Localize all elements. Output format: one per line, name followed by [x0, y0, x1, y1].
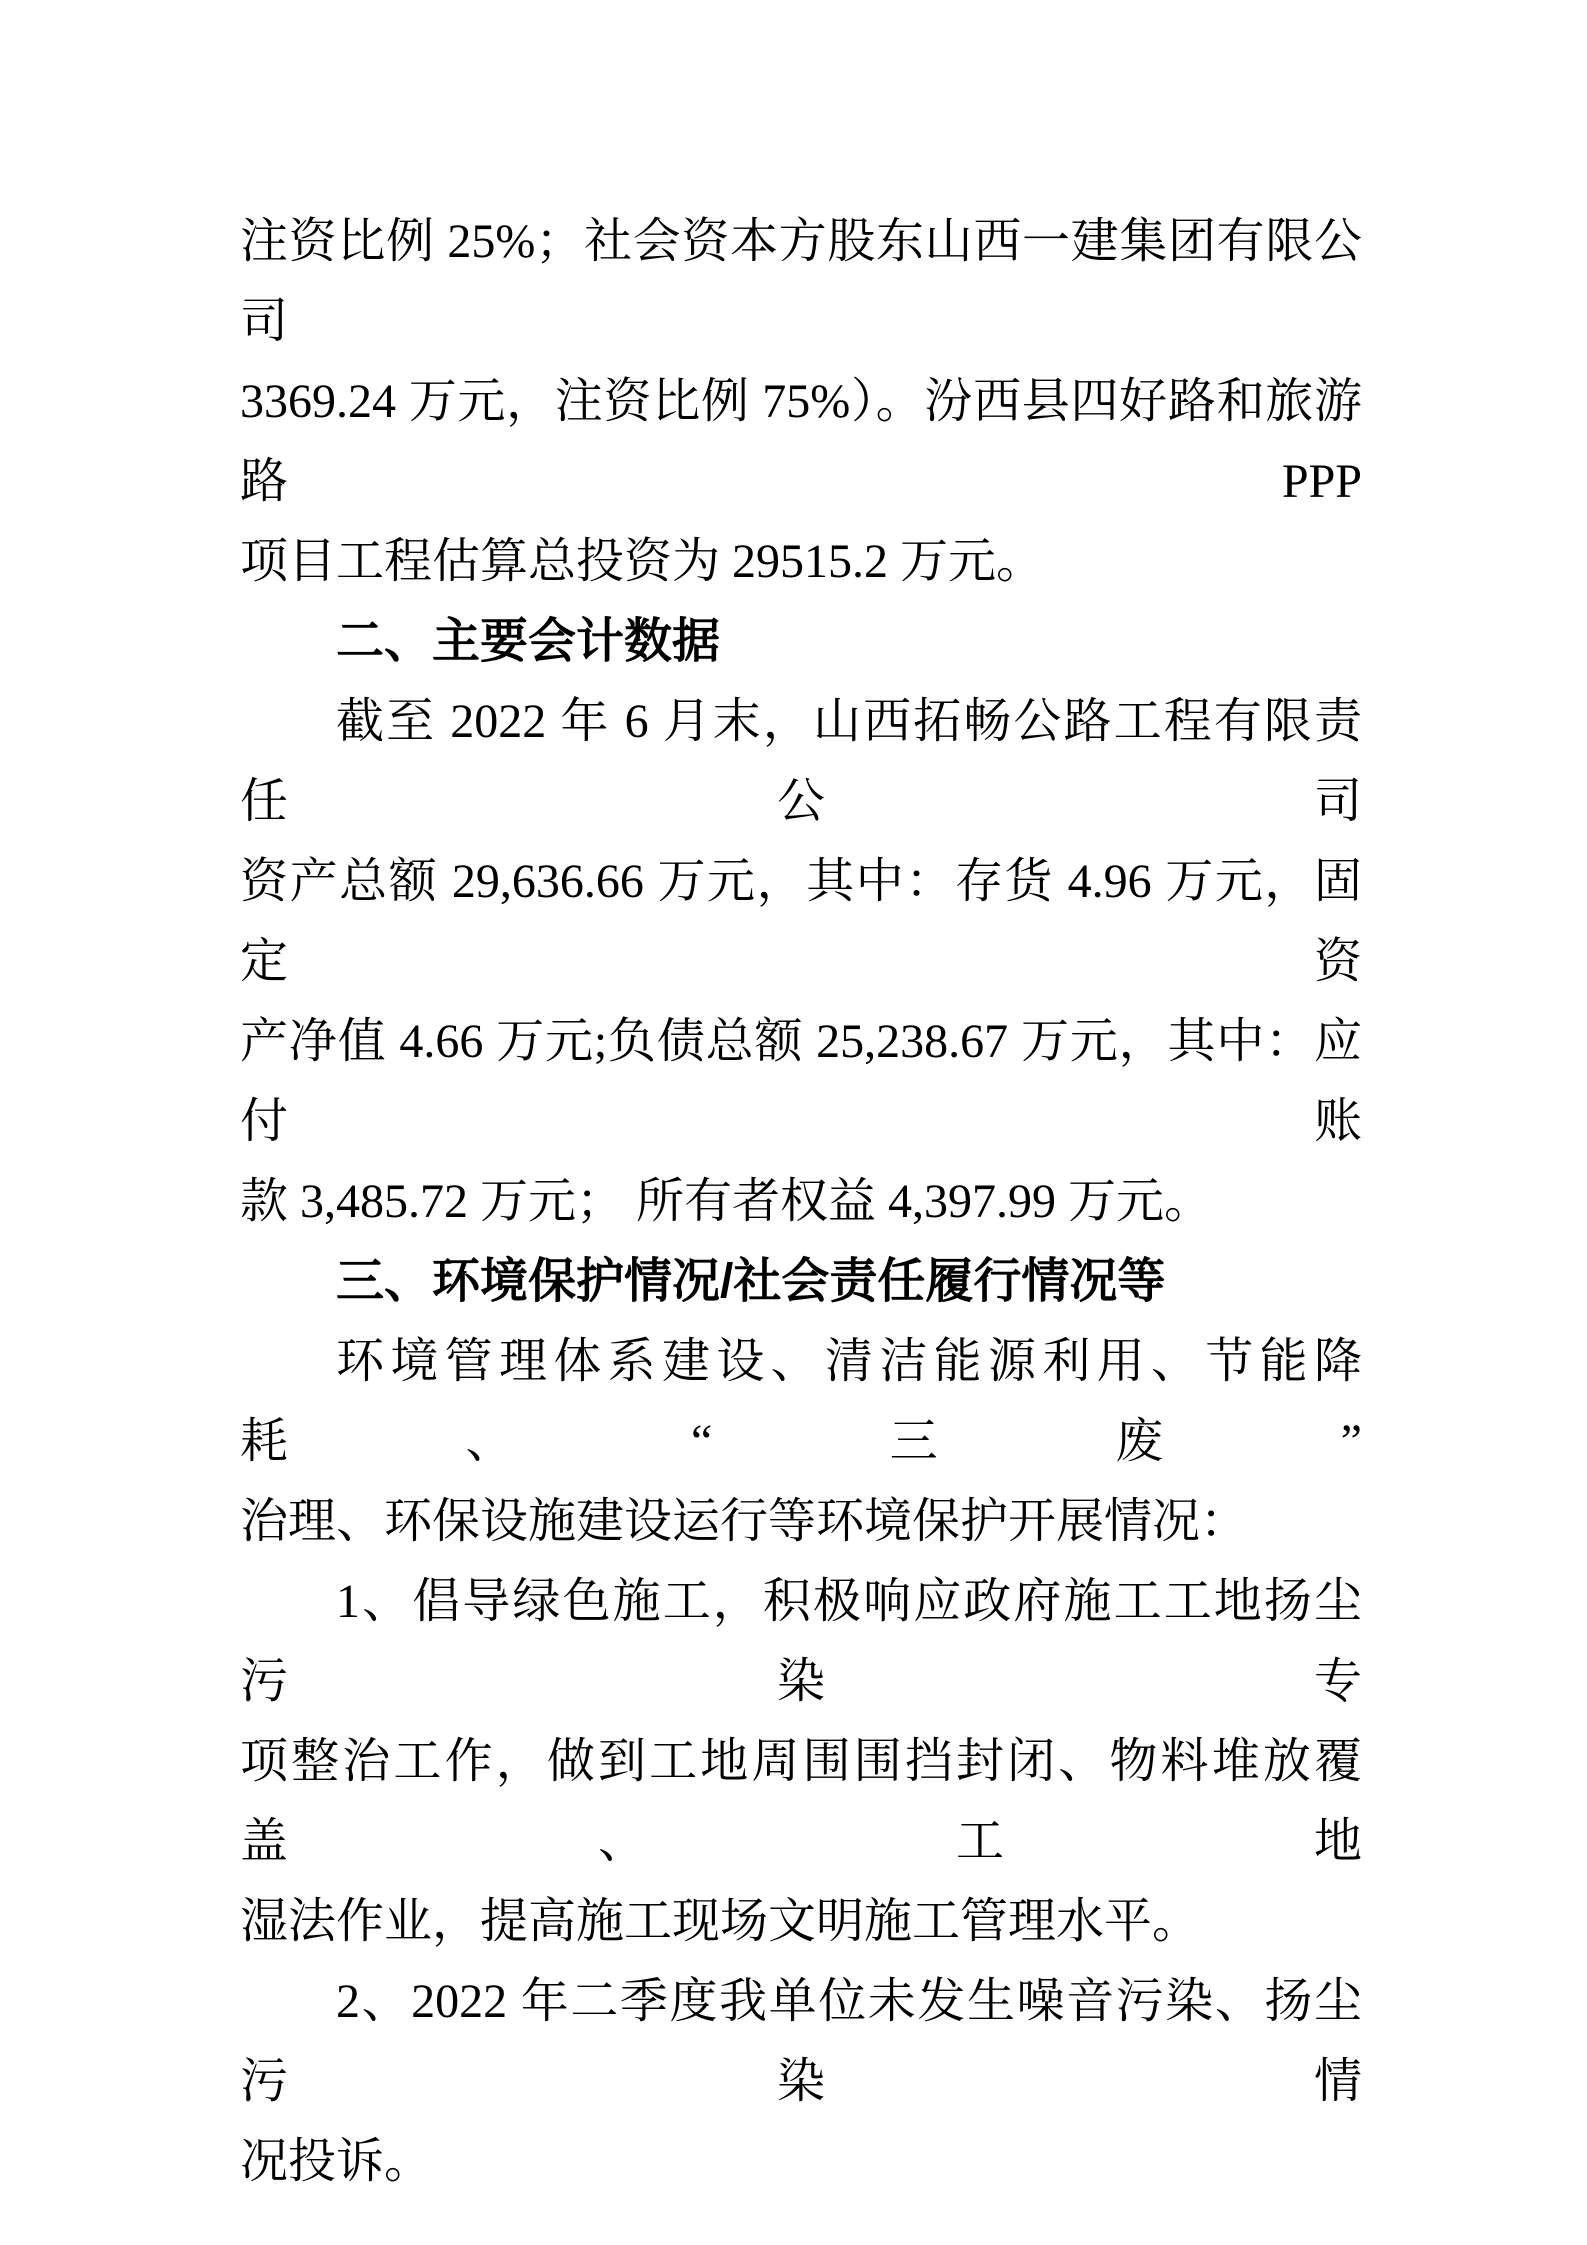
document-body: 注资比例 25%；社会资本方股东山西一建集团有限公司 3369.24 万元，注资… [240, 202, 1362, 2202]
section-heading-environment: 三、环境保护情况/社会责任履行情况等 [240, 1242, 1362, 1322]
paragraph-line: 款 3,485.72 万元； 所有者权益 4,397.99 万元。 [240, 1162, 1362, 1242]
paragraph-line: 湿法作业，提高施工现场文明施工管理水平。 [240, 1882, 1362, 1962]
paragraph-line: 资产总额 29,636.66 万元，其中：存货 4.96 万元，固定资 [240, 842, 1362, 1002]
paragraph-line: 2、2022 年二季度我单位未发生噪音污染、扬尘污染情 [240, 1962, 1362, 2122]
paragraph-line: 产净值 4.66 万元;负债总额 25,238.67 万元，其中：应付账 [240, 1002, 1362, 1162]
document-page: 注资比例 25%；社会资本方股东山西一建集团有限公司 3369.24 万元，注资… [0, 0, 1587, 2245]
paragraph-line: 项目工程估算总投资为 29515.2 万元。 [240, 522, 1362, 602]
paragraph-line: 1、倡导绿色施工，积极响应政府施工工地扬尘污染专 [240, 1562, 1362, 1722]
paragraph-line: 注资比例 25%；社会资本方股东山西一建集团有限公司 [240, 202, 1362, 362]
paragraph-line: 环境管理体系建设、清洁能源利用、节能降耗、“三废” [240, 1322, 1362, 1482]
paragraph-line: 况投诉。 [240, 2122, 1362, 2202]
section-heading-accounting-data: 二、主要会计数据 [240, 602, 1362, 682]
paragraph-line: 治理、环保设施建设运行等环境保护开展情况： [240, 1482, 1362, 1562]
paragraph-line: 截至 2022 年 6 月末，山西拓畅公路工程有限责任公司 [240, 682, 1362, 842]
paragraph-line: 项整治工作，做到工地周围围挡封闭、物料堆放覆盖、工地 [240, 1722, 1362, 1882]
paragraph-line: 3369.24 万元，注资比例 75%）。汾西县四好路和旅游路 PPP [240, 362, 1362, 522]
